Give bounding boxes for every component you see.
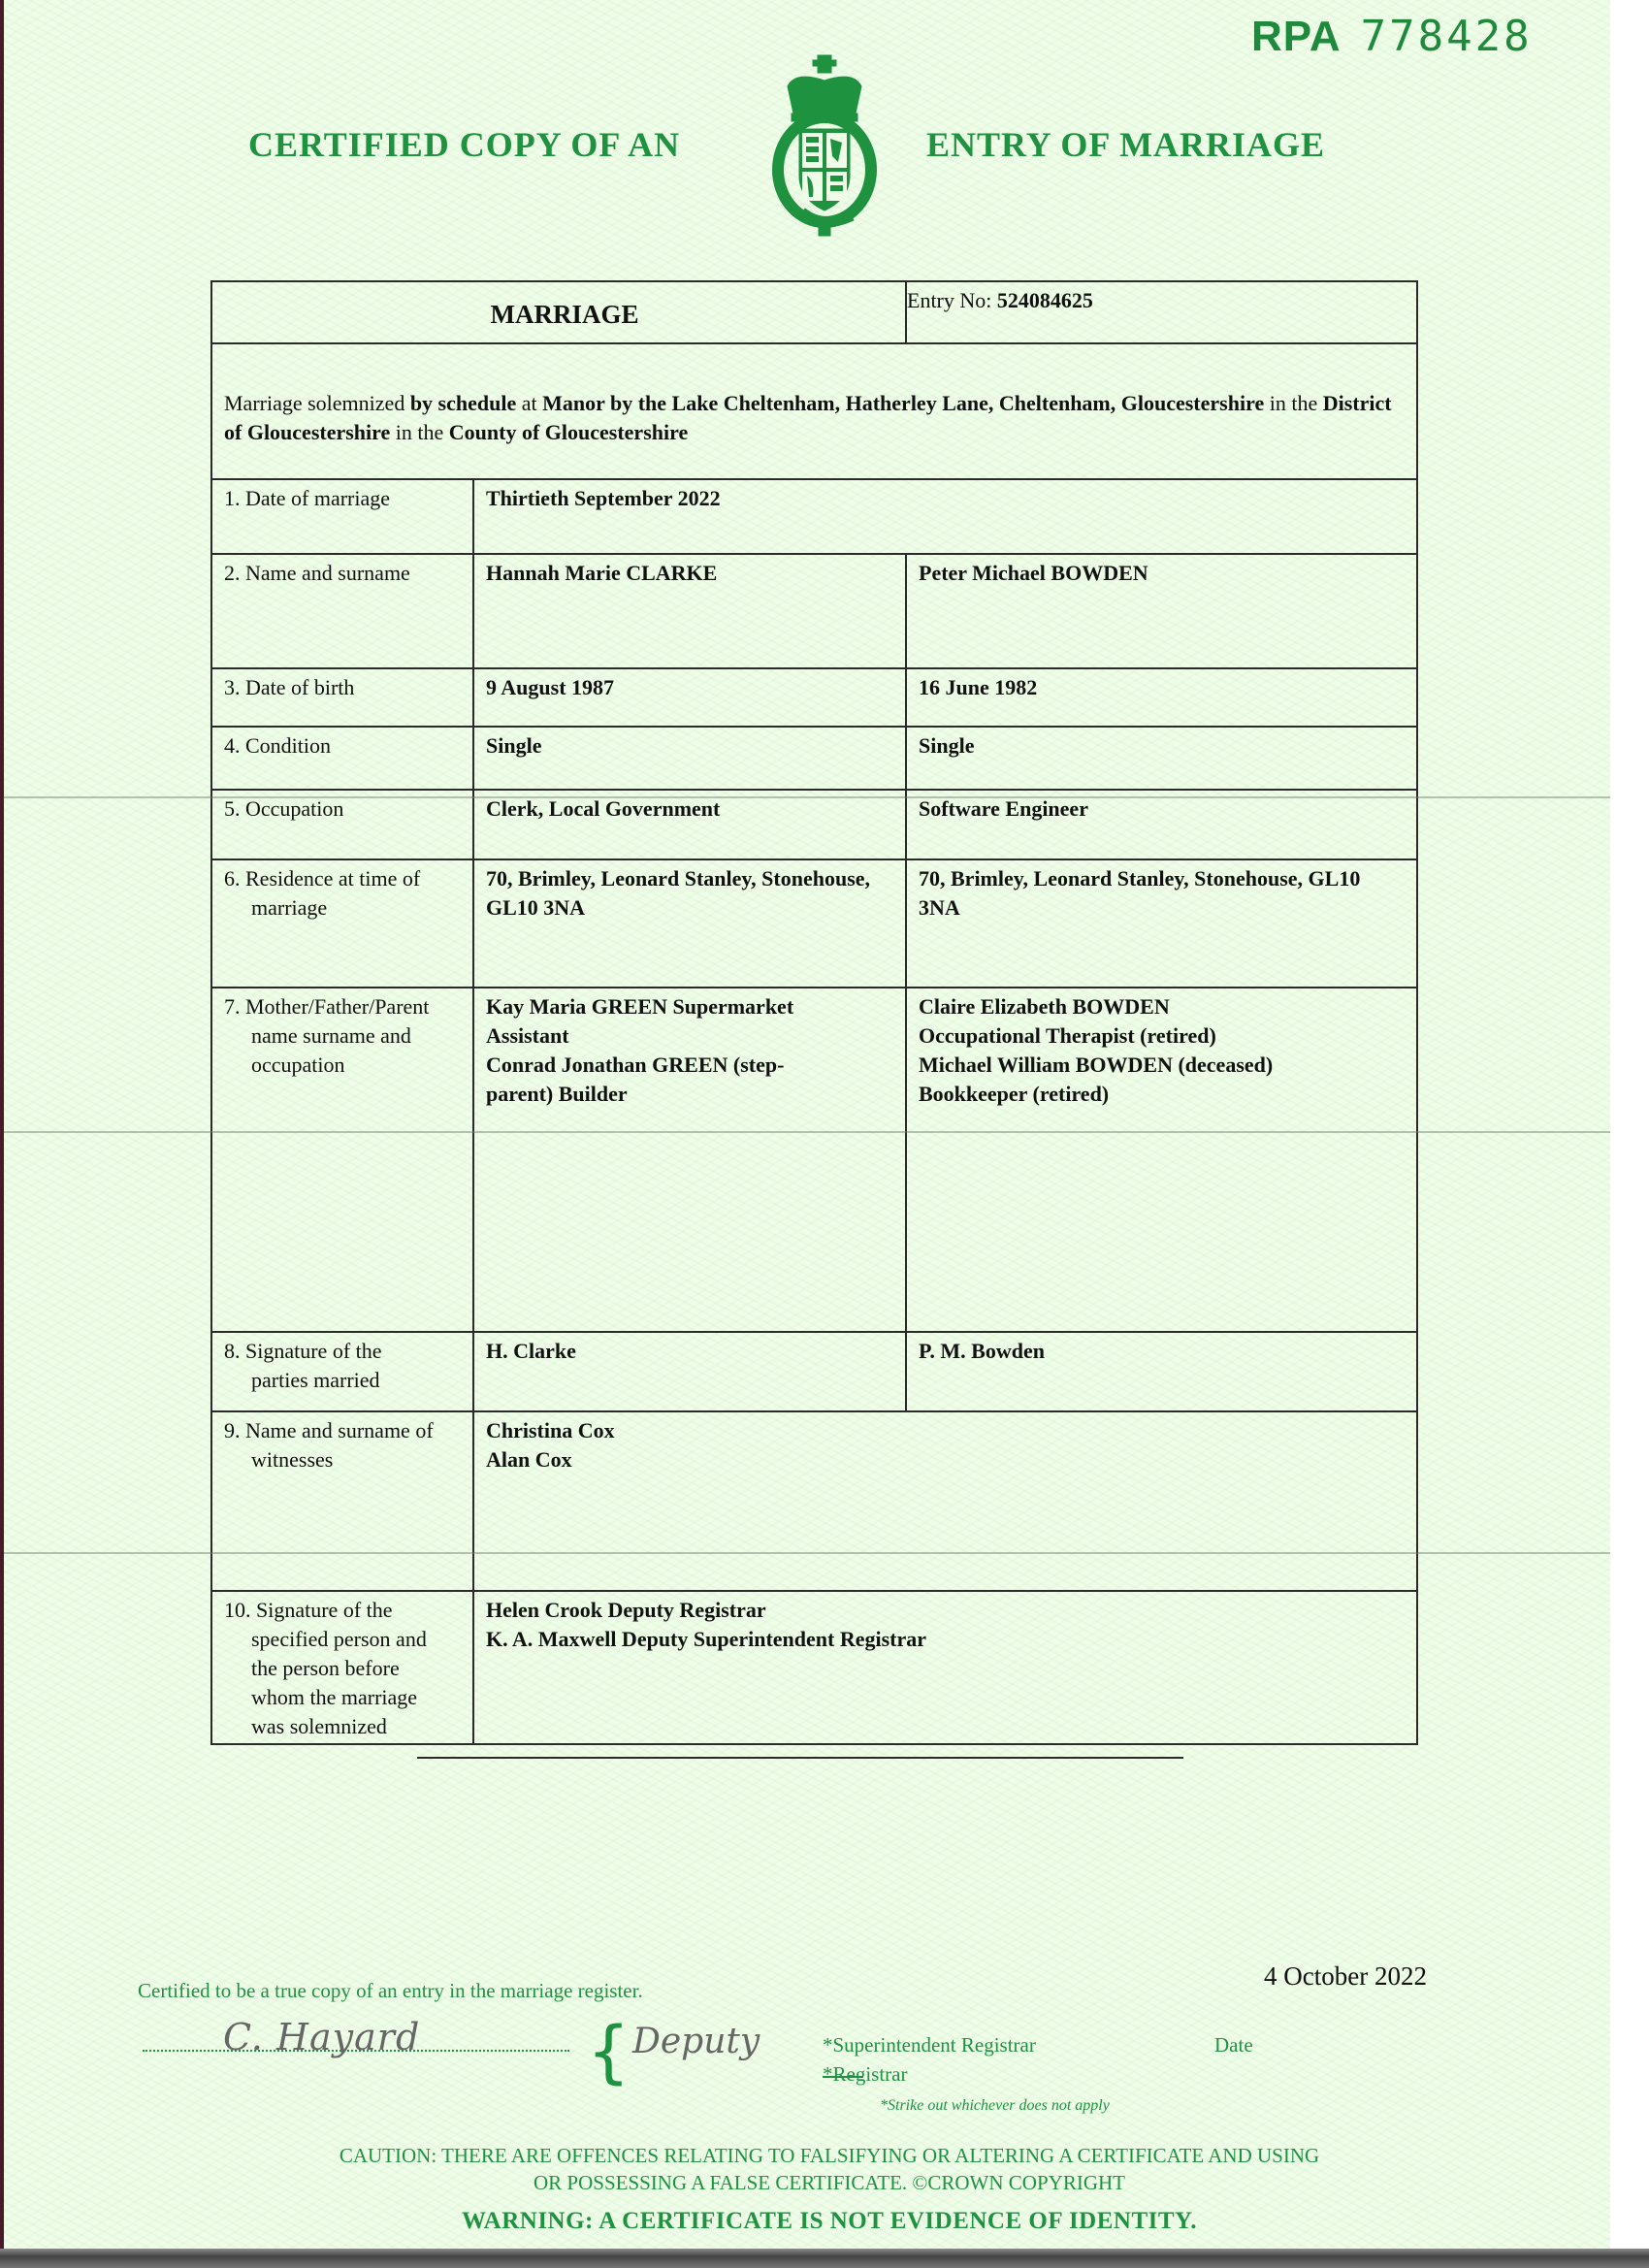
entry-label: Entry No: xyxy=(907,288,991,312)
row-label: 1. Date of marriage xyxy=(211,479,473,554)
date-label: Date xyxy=(1214,2033,1253,2057)
table-row: 5. Occupation Clerk, Local Government So… xyxy=(211,790,1417,859)
solemnized-row: Marriage solemnized by schedule at Manor… xyxy=(211,343,1417,479)
party2-parents: Claire Elizabeth BOWDEN Occupational The… xyxy=(906,988,1417,1332)
certification-statement: Certified to be a true copy of an entry … xyxy=(138,1979,643,2003)
party2-dob: 16 June 1982 xyxy=(906,668,1417,727)
brace-icon: { xyxy=(587,2018,630,2086)
scan-edge xyxy=(0,2249,1649,2268)
solemnized-statement: Marriage solemnized by schedule at Manor… xyxy=(211,343,1417,479)
party2-signature: P. M. Bowden xyxy=(906,1332,1417,1411)
fold-crease xyxy=(4,796,1610,798)
row-label: 6. Residence at time of marriage xyxy=(211,859,473,988)
row-label: 2. Name and surname xyxy=(211,554,473,668)
signature-qualifier: Deputy xyxy=(632,2022,760,2061)
title-left: CERTIFIED COPY OF AN xyxy=(248,124,680,165)
separator-line xyxy=(417,1757,1183,1759)
table-row: 3. Date of birth 9 August 1987 16 June 1… xyxy=(211,668,1417,727)
table-row: 1. Date of marriage Thirtieth September … xyxy=(211,479,1417,554)
serial-digits: 778428 xyxy=(1361,12,1533,61)
registrar-signature: C. Hayard xyxy=(223,2016,420,2058)
row-label: 8. Signature of the parties married xyxy=(211,1332,473,1411)
table-row: 7. Mother/Father/Parent name surname and… xyxy=(211,988,1417,1332)
serial-number: RPA778428 xyxy=(1251,12,1533,61)
caution-notice: CAUTION: THERE ARE OFFENCES RELATING TO … xyxy=(223,2142,1436,2196)
role-registrar: *Registrar xyxy=(823,2062,907,2087)
party2-name: Peter Michael BOWDEN xyxy=(906,554,1417,668)
party1-occupation: Clerk, Local Government xyxy=(473,790,906,859)
party2-condition: Single xyxy=(906,727,1417,790)
entry-number-cell: Entry No: 524084625 xyxy=(906,281,1417,343)
party2-residence: 70, Brimley, Leonard Stanley, Stonehouse… xyxy=(906,859,1417,988)
row-label: 10. Signature of the specified person an… xyxy=(211,1591,473,1744)
register-header-row: MARRIAGE Entry No: 524084625 xyxy=(211,281,1417,343)
role-superintendent-registrar: *Superintendent Registrar xyxy=(823,2033,1036,2057)
certification-date: 4 October 2022 xyxy=(1264,1961,1427,1992)
party2-occupation: Software Engineer xyxy=(906,790,1417,859)
entry-number: 524084625 xyxy=(997,288,1093,312)
register-title: MARRIAGE xyxy=(211,281,906,343)
party1-signature: H. Clarke xyxy=(473,1332,906,1411)
row-label: 5. Occupation xyxy=(211,790,473,859)
royal-crest-icon xyxy=(766,53,883,238)
party1-name: Hannah Marie CLARKE xyxy=(473,554,906,668)
table-row: 9. Name and surname of witnesses Christi… xyxy=(211,1411,1417,1591)
table-row: 6. Residence at time of marriage 70, Bri… xyxy=(211,859,1417,988)
row-label: 4. Condition xyxy=(211,727,473,790)
table-row: 4. Condition Single Single xyxy=(211,727,1417,790)
party1-condition: Single xyxy=(473,727,906,790)
party1-residence: 70, Brimley, Leonard Stanley, Stonehouse… xyxy=(473,859,906,988)
registrar-signatures: Helen Crook Deputy Registrar K. A. Maxwe… xyxy=(473,1591,1417,1744)
fold-crease xyxy=(4,1552,1610,1554)
strike-out-note: *Strike out whichever does not apply xyxy=(880,2097,1110,2115)
date-of-marriage: Thirtieth September 2022 xyxy=(473,479,1417,554)
table-row: 2. Name and surname Hannah Marie CLARKE … xyxy=(211,554,1417,668)
marriage-register-table: MARRIAGE Entry No: 524084625 Marriage so… xyxy=(210,280,1418,1745)
fold-crease xyxy=(4,1131,1610,1133)
scan-margin xyxy=(1610,0,1649,2249)
identity-warning: WARNING: A CERTIFICATE IS NOT EVIDENCE O… xyxy=(223,2208,1436,2235)
table-row: 8. Signature of the parties married H. C… xyxy=(211,1332,1417,1411)
title-right: ENTRY OF MARRIAGE xyxy=(926,124,1325,165)
serial-prefix: RPA xyxy=(1251,13,1342,60)
party1-dob: 9 August 1987 xyxy=(473,668,906,727)
strike-through-mark xyxy=(823,2076,863,2078)
witnesses: Christina Cox Alan Cox xyxy=(473,1411,1417,1591)
row-label: 9. Name and surname of witnesses xyxy=(211,1411,473,1591)
row-label: 3. Date of birth xyxy=(211,668,473,727)
table-row: 10. Signature of the specified person an… xyxy=(211,1591,1417,1744)
row-label: 7. Mother/Father/Parent name surname and… xyxy=(211,988,473,1332)
party1-parents: Kay Maria GREEN Supermarket Assistant Co… xyxy=(473,988,906,1332)
